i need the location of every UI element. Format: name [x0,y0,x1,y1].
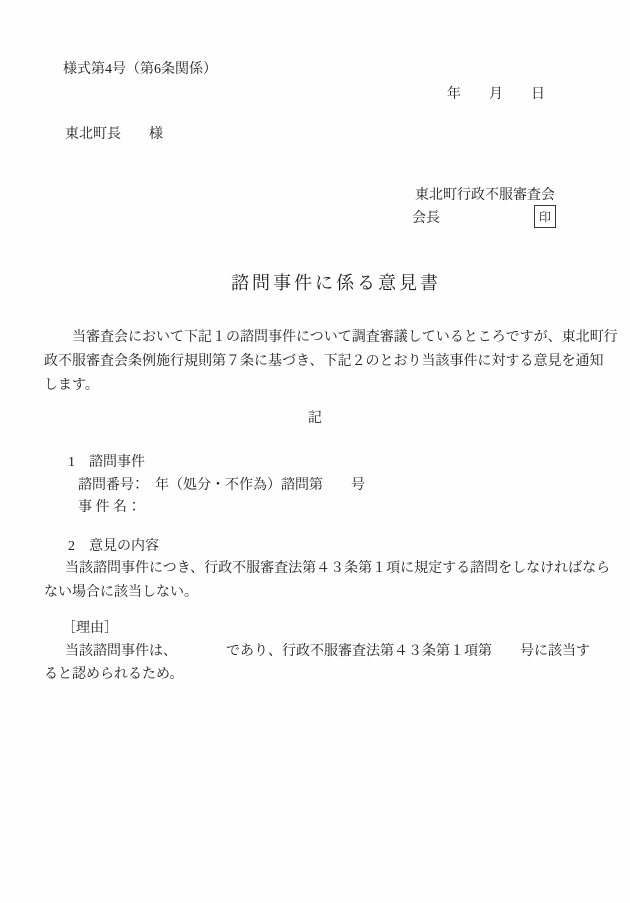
intro-paragraph-line: 政不服審査会条例施行規則第７条に基づき、下記２のとおり当該事件に対する意見を通知 [44,353,603,370]
section2-heading: 2 意見の内容 [68,538,159,555]
document-page: 様式第4号（第6条関係） 年 月 日 東北町長 様 東北町行政不服審査会 会長 … [0,0,630,903]
opinion-body-line: ない場合に該当しない。 [44,584,198,601]
section1-heading: 1 諮問事件 [68,454,145,471]
sender-title: 会長 [412,210,440,227]
case-name-line: 事 件 名： [78,499,141,516]
sender-organization: 東北町行政不服審査会 [415,187,555,204]
ki-marker: 記 [308,410,322,427]
form-number-label: 様式第4号（第6条関係） [63,61,217,78]
reason-heading: ［理由］ [62,620,118,637]
document-title: 諮問事件に係る意見書 [231,269,441,295]
intro-paragraph-line: 当審査会において下記１の諮問事件について調査審議しているところですが、東北町行 [72,329,618,346]
seal-label: 印 [539,208,551,225]
consultation-number-line: 諮問番号： 年（処分・不作為）諮問第 号 [78,477,365,494]
opinion-body-line: 当該諮問事件につき、行政不服審査法第４３条第１項に規定する諮問をしなければなら [65,560,610,577]
seal-placeholder-box: 印 [534,205,556,228]
reason-body-line: ると認められるため。 [44,666,183,683]
date-line: 年 月 日 [447,86,545,103]
reason-body-line: 当該諮問事件は、 であり、行政不服審査法第４３条第１項第 号に該当す [65,643,590,660]
intro-paragraph-line: します。 [44,377,99,394]
addressee-line: 東北町長 様 [65,126,163,143]
